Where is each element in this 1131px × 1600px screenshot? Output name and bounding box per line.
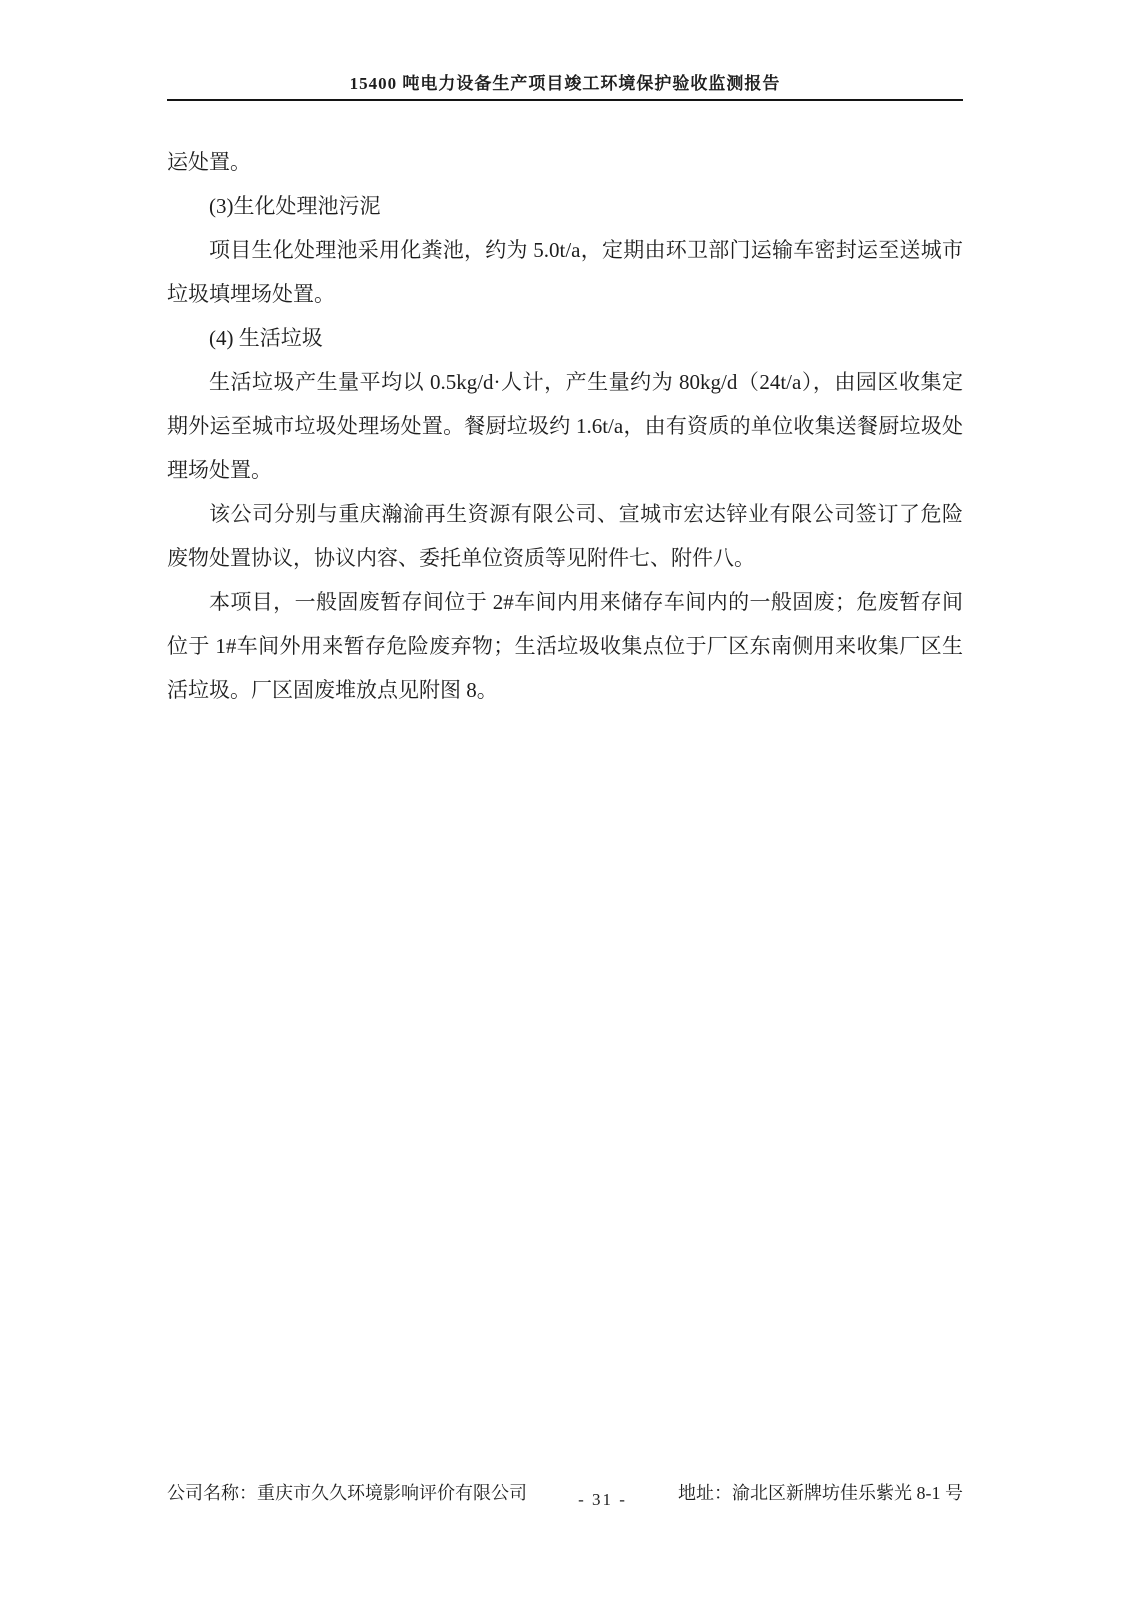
footer-company-name: 公司名称：重庆市久久环境影响评价有限公司	[167, 1482, 527, 1505]
heading-item-4: (4) 生活垃圾	[167, 316, 963, 360]
document-body: 运处置。 (3)生化处理池污泥 项目生化处理池采用化粪池，约为 5.0t/a，定…	[167, 140, 963, 712]
page-header: 15400 吨电力设备生产项目竣工环境保护验收监测报告	[167, 74, 963, 101]
paragraph-domestic-waste: 生活垃圾产生量平均以 0.5kg/d·人计，产生量约为 80kg/d（24t/a…	[167, 360, 963, 492]
paragraph-storage-locations: 本项目，一般固废暂存间位于 2#车间内用来储存车间内的一般固废；危废暂存间位于 …	[167, 580, 963, 712]
paragraph-continuation: 运处置。	[167, 140, 963, 184]
document-page: 15400 吨电力设备生产项目竣工环境保护验收监测报告 运处置。 (3)生化处理…	[0, 0, 1131, 1600]
paragraph-septic-tank: 项目生化处理池采用化粪池，约为 5.0t/a，定期由环卫部门运输车密封运至送城市…	[167, 228, 963, 316]
footer-address: 地址：渝北区新牌坊佳乐紫光 8-1 号	[678, 1482, 963, 1505]
report-title: 15400 吨电力设备生产项目竣工环境保护验收监测报告	[350, 74, 781, 93]
page-footer: 公司名称：重庆市久久环境影响评价有限公司 - 31 - 地址：渝北区新牌坊佳乐紫…	[167, 1482, 963, 1511]
heading-item-3: (3)生化处理池污泥	[167, 184, 963, 228]
page-number: - 31 -	[578, 1489, 627, 1511]
paragraph-hazardous-waste-agreement: 该公司分别与重庆瀚渝再生资源有限公司、宣城市宏达锌业有限公司签订了危险废物处置协…	[167, 492, 963, 580]
